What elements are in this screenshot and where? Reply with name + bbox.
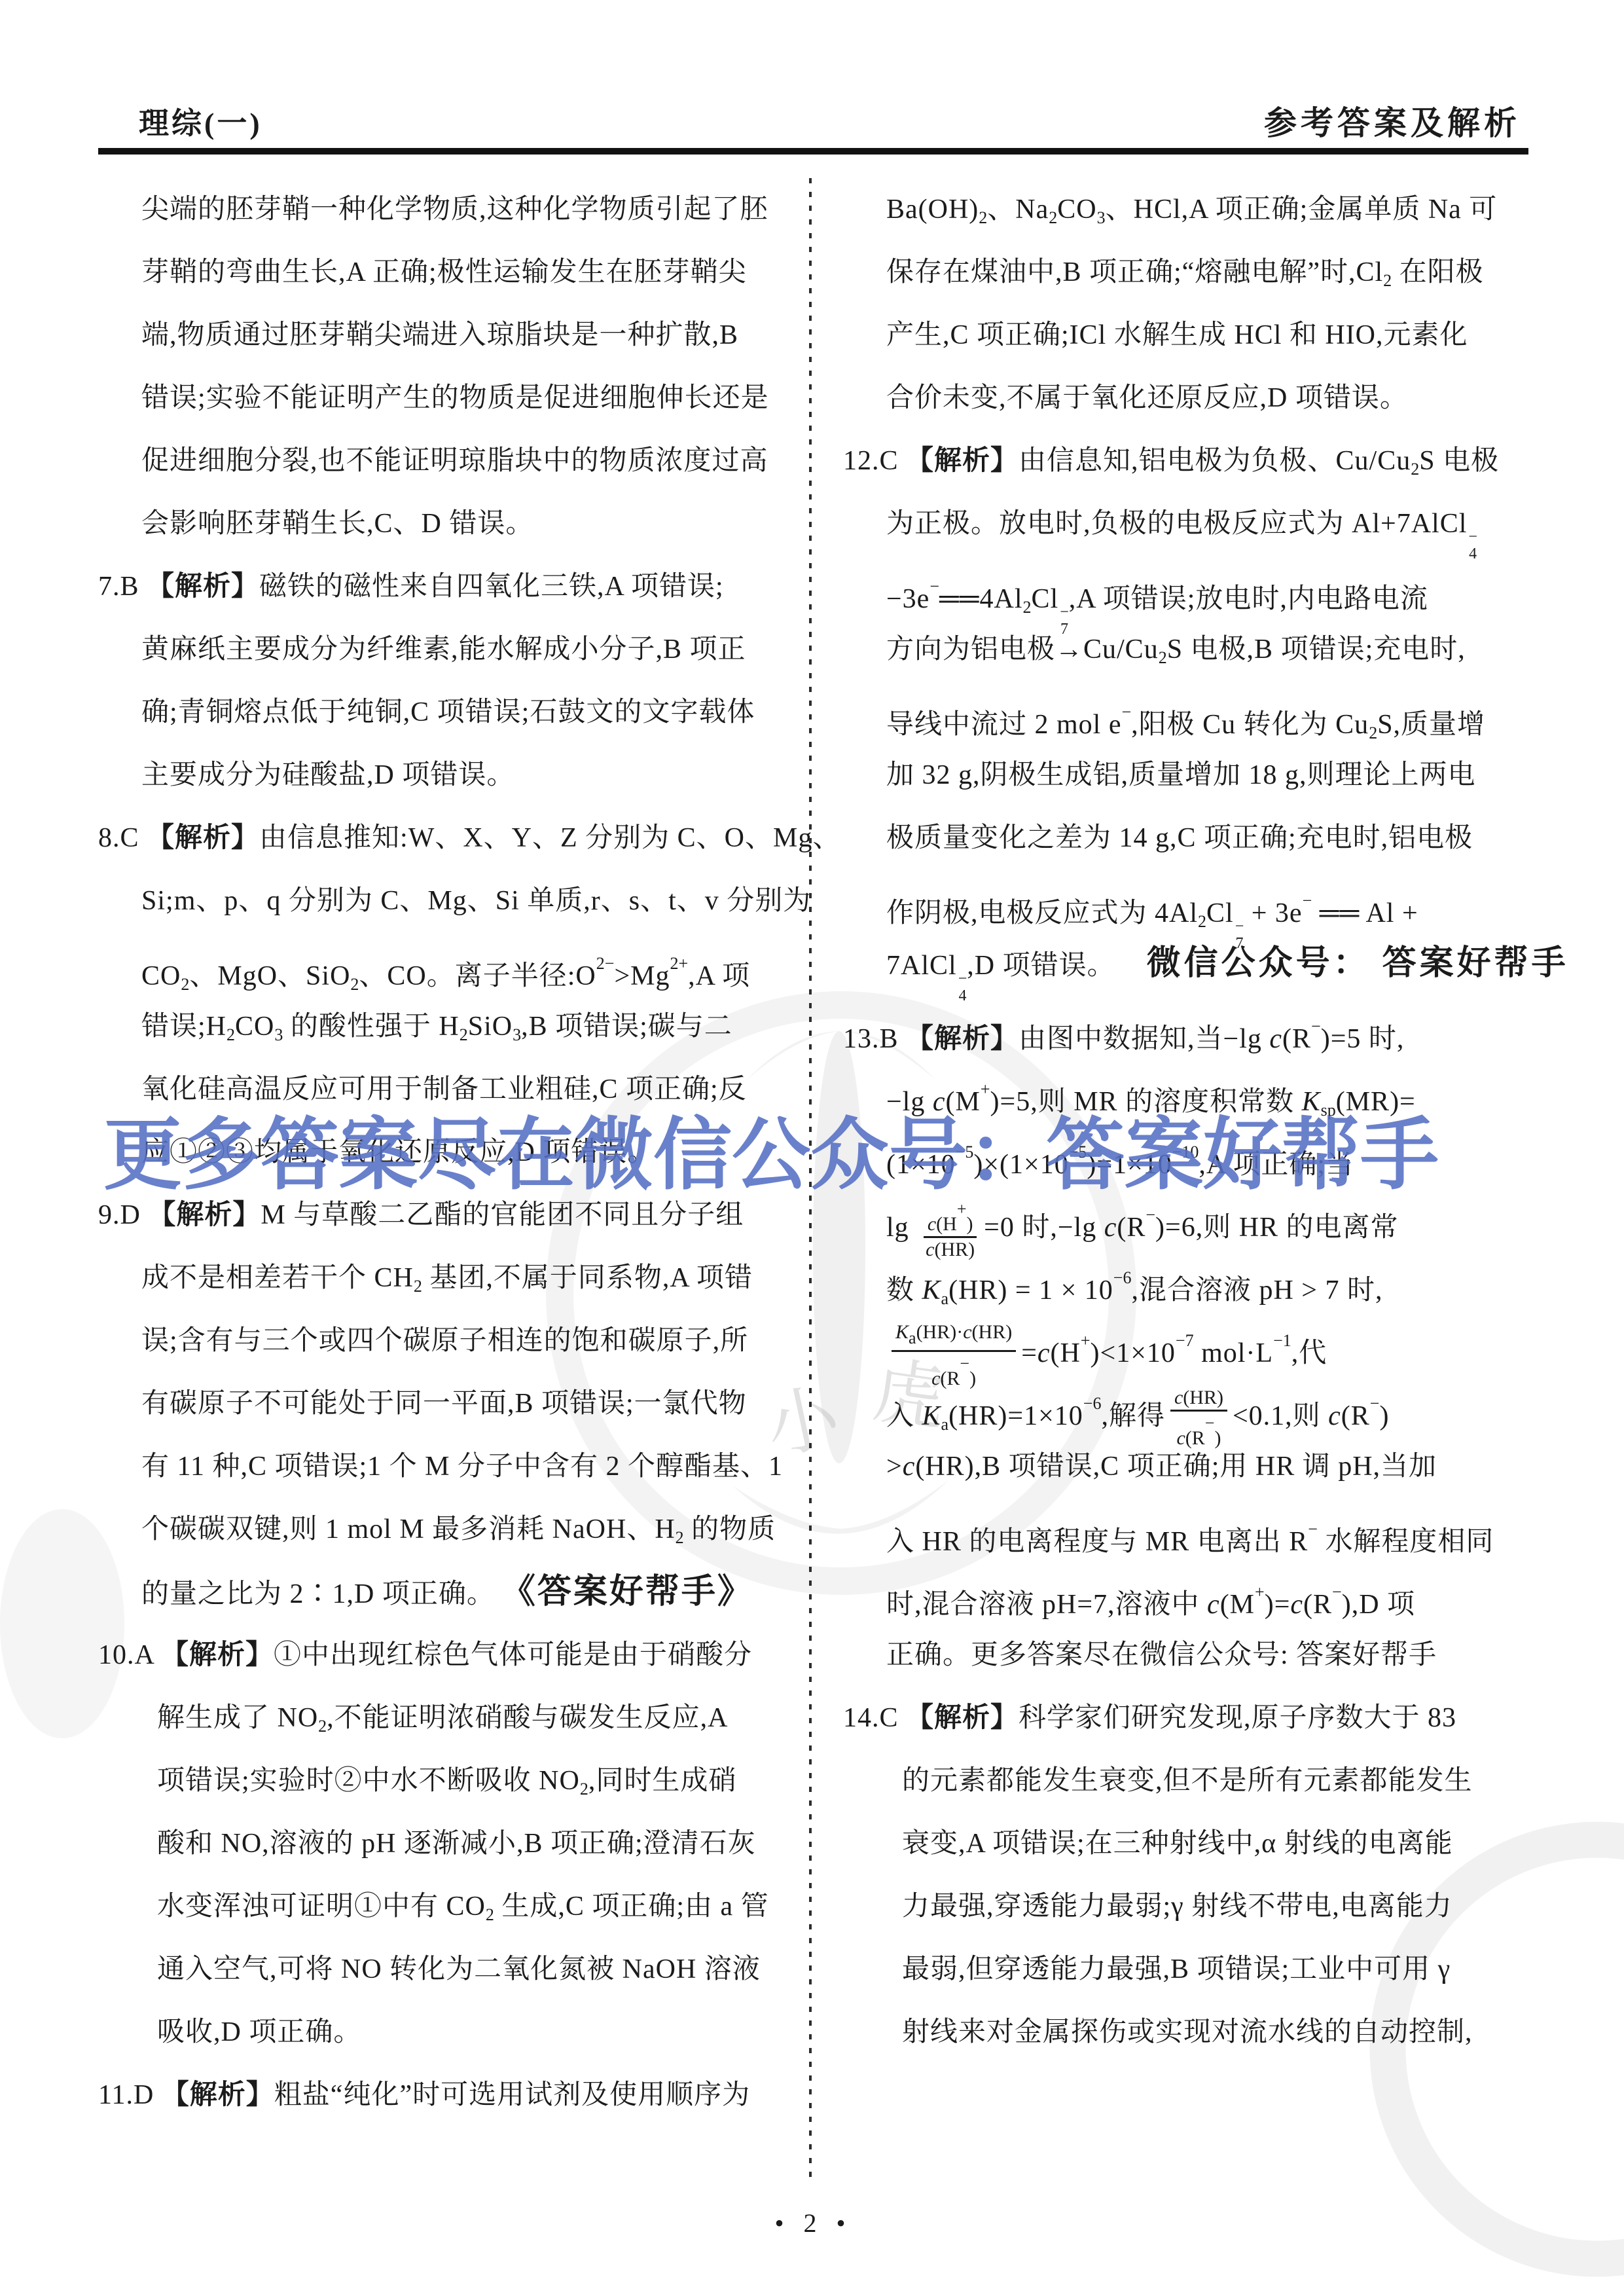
text-line: 个碳碳双键,则 1 mol M 最多消耗 NaOH、H2 的物质: [98, 1498, 799, 1561]
text-line: 7.B 【解析】磁铁的磁性来自四氧化三铁,A 项错误;: [98, 555, 799, 618]
text-line: 有碳原子不可能处于同一平面,B 项错误;一氯代物: [98, 1372, 799, 1435]
text-line: 14.C 【解析】科学家们研究发现,原子序数大于 83: [843, 1687, 1553, 1749]
text-line: 7AlCl−4,D 项错误。微信公众号： 答案好帮手: [843, 932, 1553, 995]
text-line: 最弱,但穿透能力最强,B 项错误;工业中可用 γ: [843, 1938, 1553, 2001]
text-line: Si;m、p、q 分别为 C、Mg、Si 单质,r、s、t、v 分别为: [98, 869, 799, 932]
text-line: 错误;实验不能证明产生的物质是促进细胞伸长还是: [98, 367, 799, 429]
text-line: 保存在煤油中,B 项正确;“熔融电解”时,Cl2 在阳极: [843, 241, 1553, 304]
text-line: 时,混合溶液 pH=7,溶液中 c(M+)=c(R−),D 项: [843, 1561, 1553, 1624]
text-line: 主要成分为硅酸盐,D 项错误。: [98, 744, 799, 807]
text-line: 黄麻纸主要成分为纤维素,能水解成小分子,B 项正: [98, 618, 799, 681]
text-line: 产生,C 项正确;ICl 水解生成 HCl 和 HIO,元素化: [843, 304, 1553, 367]
text-line: 错误;H2CO3 的酸性强于 H2SiO3,B 项错误;碳与二: [98, 995, 799, 1058]
text-line: 合价未变,不属于氧化还原反应,D 项错误。: [843, 367, 1553, 429]
text-line: 8.C 【解析】由信息推知:W、X、Y、Z 分别为 C、O、Mg、: [98, 807, 799, 869]
text-line: 通入空气,可将 NO 转化为二氧化氮被 NaOH 溶液: [98, 1938, 799, 2001]
text-line: 力最强,穿透能力最弱;γ 射线不带电,电离能力: [843, 1875, 1553, 1938]
text-line: CO2、MgO、SiO2、CO。离子半径:O2−>Mg2+,A 项: [98, 932, 799, 995]
text-line: 作阴极,电极反应式为 4Al2Cl−7 + 3e− ══ Al +: [843, 869, 1553, 932]
text-line: 正确。更多答案尽在微信公众号: 答案好帮手: [843, 1624, 1553, 1687]
text-line: 入 Ka(HR)=1×10−6,解得c(HR)c(R−)<0.1,则 c(R−): [843, 1372, 1553, 1435]
text-line: 项错误;实验时②中水不断吸收 NO2,同时生成硝: [98, 1749, 799, 1812]
text-line: 数 Ka(HR) = 1 × 10−6,混合溶液 pH > 7 时,: [843, 1247, 1553, 1309]
text-line: 的元素都能发生衰变,但不是所有元素都能发生: [843, 1749, 1553, 1812]
text-line: 入 HR 的电离程度与 MR 电离出 R− 水解程度相同: [843, 1498, 1553, 1561]
text-line: 水变浑浊可证明①中有 CO2 生成,C 项正确;由 a 管: [98, 1875, 799, 1938]
text-line: 芽鞘的弯曲生长,A 正确;极性运输发生在胚芽鞘尖: [98, 241, 799, 304]
text-line: 尖端的胚芽鞘一种化学物质,这种化学物质引起了胚: [98, 178, 799, 241]
text-line: 确;青铜熔点低于纯铜,C 项错误;石鼓文的文字载体: [98, 681, 799, 744]
text-line: 10.A 【解析】①中出现红棕色气体可能是由于硝酸分: [98, 1624, 799, 1687]
text-line: 会影响胚芽鞘生长,C、D 错误。: [98, 492, 799, 555]
text-line: 成不是相差若干个 CH2 基团,不属于同系物,A 项错: [98, 1247, 799, 1309]
text-line: 吸收,D 项正确。: [98, 2001, 799, 2064]
text-line: 误;含有与三个或四个碳原子相连的饱和碳原子,所: [98, 1309, 799, 1372]
text-line: −3e−══4Al2Cl−7,A 项错误;放电时,内电路电流: [843, 555, 1553, 618]
text-line: 12.C 【解析】由信息知,铝电极为负极、Cu/Cu2S 电极: [843, 429, 1553, 492]
charge-stack: −4: [1468, 528, 1477, 562]
text-line: >c(HR),B 项错误,C 项正确;用 HR 调 pH,当加: [843, 1435, 1553, 1498]
text-line: 解生成了 NO2,不能证明浓硝酸与碳发生反应,A: [98, 1687, 799, 1749]
text-line: 端,物质通过胚芽鞘尖端进入琼脂块是一种扩散,B: [98, 304, 799, 367]
text-line: 13.B 【解析】由图中数据知,当−lg c(R−)=5 时,: [843, 995, 1553, 1058]
text-line: 为正极。放电时,负极的电极反应式为 Al+7AlCl−4: [843, 492, 1553, 555]
text-line: 导线中流过 2 mol e−,阳极 Cu 转化为 Cu2S,质量增: [843, 681, 1553, 744]
text-line: 有 11 种,C 项错误;1 个 M 分子中含有 2 个醇酯基、1: [98, 1435, 799, 1498]
text-line: 的量之比为 2∶1,D 项正确。《答案好帮手》: [98, 1561, 799, 1624]
text-line: Ka(HR)·c(HR)c(R−)=c(H+)<1×10−7 mol·L−1,代: [843, 1309, 1553, 1372]
text-line: 方向为铝电极→Cu/Cu2S 电极,B 项错误;充电时,: [843, 618, 1553, 681]
text-line: 促进细胞分裂,也不能证明琼脂块中的物质浓度过高: [98, 429, 799, 492]
text-line: Ba(OH)2、Na2CO3、HCl,A 项正确;金属单质 Na 可: [843, 178, 1553, 241]
text-line: 射线来对金属探伤或实现对流水线的自动控制,: [843, 2001, 1553, 2064]
text-line: 加 32 g,阴极生成铝,质量增加 18 g,则理论上两电: [843, 744, 1553, 807]
text-line: 极质量变化之差为 14 g,C 项正确;充电时,铝电极: [843, 807, 1553, 869]
text-line: 衰变,A 项错误;在三种射线中,α 射线的电离能: [843, 1812, 1553, 1875]
blue-promo-watermark: 更多答案尽在微信公众号：答案好帮手: [103, 1092, 1439, 1205]
answer-sheet-page: 小 虎 理综(一) 参考答案及解析 尖端的胚芽鞘一种化学物质,这种化学物质引起了…: [0, 0, 1624, 2283]
text-line: 酸和 NO,溶液的 pH 逐渐减小,B 项正确;澄清石灰: [98, 1812, 799, 1875]
text-line: 11.D 【解析】粗盐“纯化”时可选用试剂及使用顺序为: [98, 2064, 799, 2127]
